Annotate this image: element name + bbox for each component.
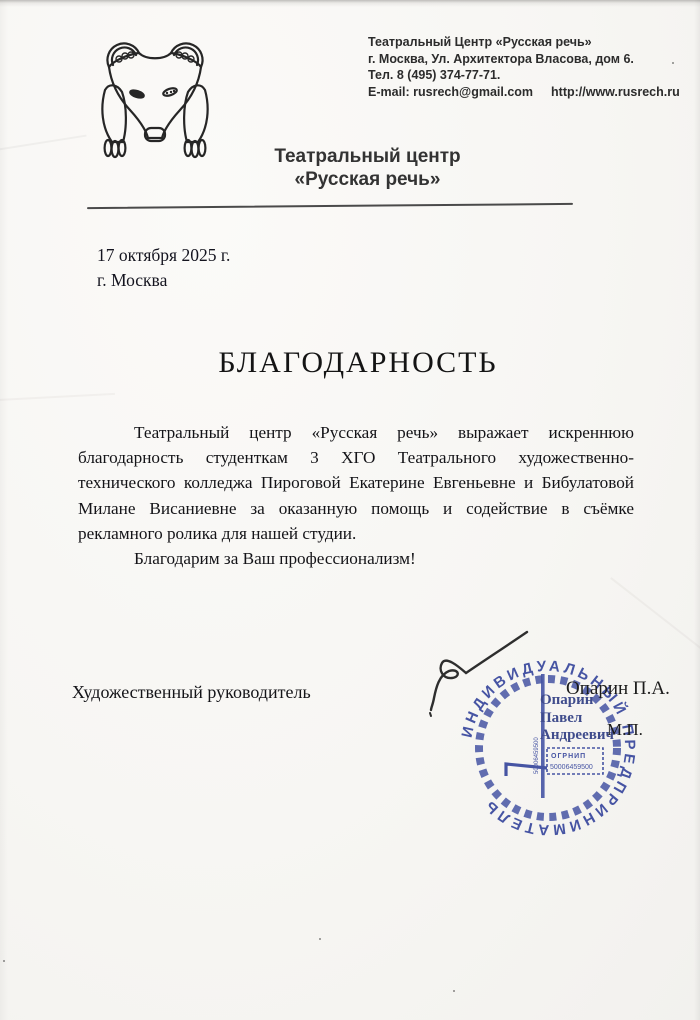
position-title: Художественный руководитель xyxy=(72,682,311,703)
stamp-reg-label: ОГРНИП xyxy=(551,753,586,760)
letterhead-org-title: Театральный центр «Русская речь» xyxy=(225,146,510,191)
document-title: БЛАГОДАРНОСТЬ xyxy=(78,346,638,380)
round-stamp: ИНДИВИДУАЛЬНЫЙ ПРЕДПРИНИМАТЕЛЬ 500064595… xyxy=(448,626,653,861)
org-title-line1: Театральный центр xyxy=(225,146,510,169)
contact-address: г. Москва, Ул. Архитектора Власова, дом … xyxy=(368,51,680,68)
closing-line: Благодарим за Ваш профессионализм! xyxy=(78,546,634,571)
paper-crease xyxy=(0,135,87,152)
dust-speck xyxy=(319,938,321,940)
signee-name: Опарин П.А. xyxy=(566,678,670,700)
letter-body: Театральный центр «Русская речь» выражае… xyxy=(78,420,634,571)
stamp-crossbar xyxy=(506,764,547,776)
dust-speck xyxy=(3,960,5,962)
scanned-letter-page: Театральный Центр «Русская речь» г. Моск… xyxy=(0,0,700,1020)
contact-phone: Тел. 8 (495) 374-77-71. xyxy=(368,67,680,84)
bear-logo-icon xyxy=(85,30,225,180)
org-title-line2: «Русская речь» xyxy=(225,169,510,192)
letterhead-contact-block: Театральный Центр «Русская речь» г. Моск… xyxy=(368,34,680,100)
letterhead-divider xyxy=(87,203,573,210)
dust-speck xyxy=(453,990,455,992)
stamp-name-line3: Андреевич xyxy=(540,727,614,743)
body-paragraph: Театральный центр «Русская речь» выражае… xyxy=(78,420,634,546)
contact-web-line: E-mail: rusrech@gmail.comhttp://www.rusr… xyxy=(368,84,680,101)
contact-website: http://www.rusrech.ru xyxy=(551,85,680,99)
letter-date: 17 октября 2025 г. xyxy=(97,243,230,268)
contact-org-name: Театральный Центр «Русская речь» xyxy=(368,34,680,51)
stamp-reg-number: 50006459500 xyxy=(550,764,593,771)
date-block: 17 октября 2025 г. г. Москва xyxy=(97,243,230,293)
stamp-name-line2: Павел xyxy=(540,710,583,726)
contact-email: E-mail: rusrech@gmail.com xyxy=(368,85,533,99)
paper-crease xyxy=(0,393,115,401)
seal-mark-label: М.П. xyxy=(607,720,643,740)
letter-city: г. Москва xyxy=(97,268,230,293)
